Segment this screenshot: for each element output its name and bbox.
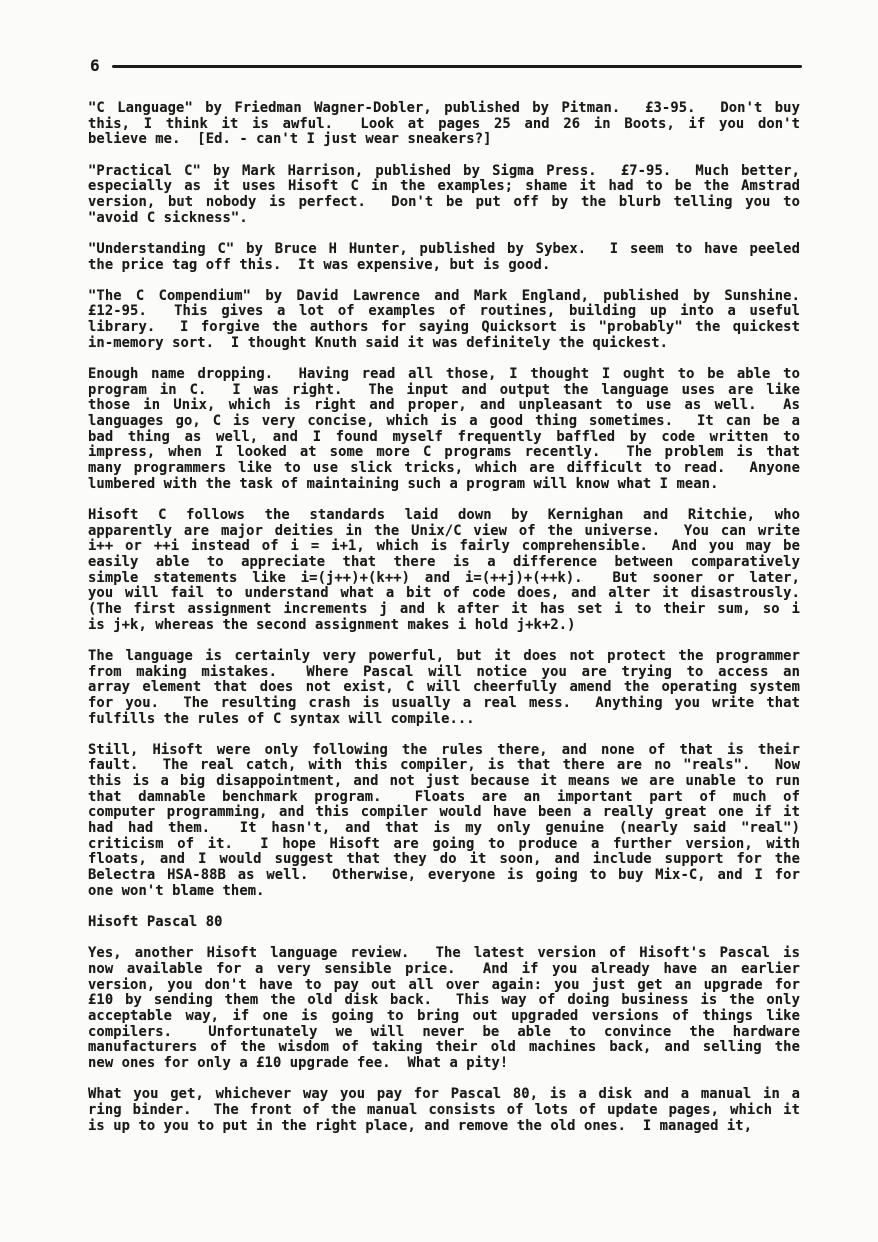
text-line: had had them. It hasn't, and that is my … (88, 821, 800, 837)
text-line: What you get, whichever way you pay for … (88, 1087, 800, 1103)
text-line: compilers. Unfortunately we will never b… (88, 1025, 800, 1041)
text-line: ring binder. The front of the manual con… (88, 1103, 800, 1119)
scanned-document-page: 6 "C Language" by Friedman Wagner-Dobler… (0, 0, 878, 1242)
paragraph: Enough name dropping. Having read all th… (88, 367, 800, 492)
text-line: for you. The resulting crash is usually … (88, 696, 800, 712)
text-line: apparently are major deities in the Unix… (88, 524, 800, 540)
page-number: 6 (90, 58, 100, 74)
paragraph: The language is certainly very powerful,… (88, 649, 800, 727)
text-line: simple statements like i=(j++)+(k++) and… (88, 571, 800, 587)
text-line: £10 by sending them the old disk back. T… (88, 993, 800, 1009)
text-line: £12-95. This gives a lot of examples of … (88, 304, 800, 320)
text-line: those in Unix, which is right and proper… (88, 398, 800, 414)
text-line: new ones for only a £10 upgrade fee. Wha… (88, 1056, 800, 1072)
text-line: array element that does not exist, C wil… (88, 680, 800, 696)
text-line: one won't blame them. (88, 884, 800, 900)
document-body: "C Language" by Friedman Wagner-Dobler, … (88, 101, 800, 1150)
text-line: in-memory sort. I thought Knuth said it … (88, 336, 800, 352)
text-line: acceptable way, if one is going to bring… (88, 1009, 800, 1025)
text-line: this, I think it is awful. Look at pages… (88, 117, 800, 133)
paragraph: Yes, another Hisoft language review. The… (88, 946, 800, 1071)
text-line: i++ or ++i instead of i = i+1, which is … (88, 539, 800, 555)
text-line: now available for a very sensible price.… (88, 962, 800, 978)
paragraph: What you get, whichever way you pay for … (88, 1087, 800, 1134)
text-line: easily able to appreciate that there is … (88, 555, 800, 571)
text-line: fault. The real catch, with this compile… (88, 758, 800, 774)
text-line: library. I forgive the authors for sayin… (88, 320, 800, 336)
text-line: the price tag off this. It was expensive… (88, 258, 800, 274)
text-line: version, you don't have to pay out all o… (88, 978, 800, 994)
text-line: floats, and I would suggest that they do… (88, 852, 800, 868)
text-line: computer programming, and this compiler … (88, 805, 800, 821)
text-line: Belectra HSA-88B as well. Otherwise, eve… (88, 868, 800, 884)
text-line: Yes, another Hisoft language review. The… (88, 946, 800, 962)
text-line: impress, when I looked at some more C pr… (88, 445, 800, 461)
text-line: "C Language" by Friedman Wagner-Dobler, … (88, 101, 800, 117)
text-line: Hisoft C follows the standards laid down… (88, 508, 800, 524)
text-line: believe me. [Ed. - can't I just wear sne… (88, 132, 800, 148)
paragraph: "Understanding C" by Bruce H Hunter, pub… (88, 242, 800, 273)
text-line: is up to you to put in the right place, … (88, 1119, 800, 1135)
text-line: is j+k, whereas the second assignment ma… (88, 618, 800, 634)
text-line: manufacturers of the wisdom of taking th… (88, 1040, 800, 1056)
text-line: many programmers like to use slick trick… (88, 461, 800, 477)
text-line: you will fail to understand what a bit o… (88, 586, 800, 602)
text-line: lumbered with the task of maintaining su… (88, 477, 800, 493)
text-line: Enough name dropping. Having read all th… (88, 367, 800, 383)
text-line: from making mistakes. Where Pascal will … (88, 665, 800, 681)
text-line: "Practical C" by Mark Harrison, publishe… (88, 164, 800, 180)
text-line: fulfills the rules of C syntax will comp… (88, 712, 800, 728)
text-line: version, but nobody is perfect. Don't be… (88, 195, 800, 211)
text-line: The language is certainly very powerful,… (88, 649, 800, 665)
paragraph: "C Language" by Friedman Wagner-Dobler, … (88, 101, 800, 148)
paragraph: Hisoft C follows the standards laid down… (88, 508, 800, 633)
page-header: 6 (90, 58, 802, 74)
text-line: (The first assignment increments j and k… (88, 602, 800, 618)
section-heading: Hisoft Pascal 80 (88, 915, 800, 931)
paragraph: "Practical C" by Mark Harrison, publishe… (88, 164, 800, 227)
header-rule (112, 65, 802, 68)
text-line: especially as it uses Hisoft C in the ex… (88, 179, 800, 195)
text-line: this is a big disappointment, and not ju… (88, 774, 800, 790)
paragraph: Still, Hisoft were only following the ru… (88, 743, 800, 900)
text-line: "Understanding C" by Bruce H Hunter, pub… (88, 242, 800, 258)
text-line: languages go, C is very concise, which i… (88, 414, 800, 430)
paragraph: "The C Compendium" by David Lawrence and… (88, 289, 800, 352)
text-line: "avoid C sickness". (88, 211, 800, 227)
